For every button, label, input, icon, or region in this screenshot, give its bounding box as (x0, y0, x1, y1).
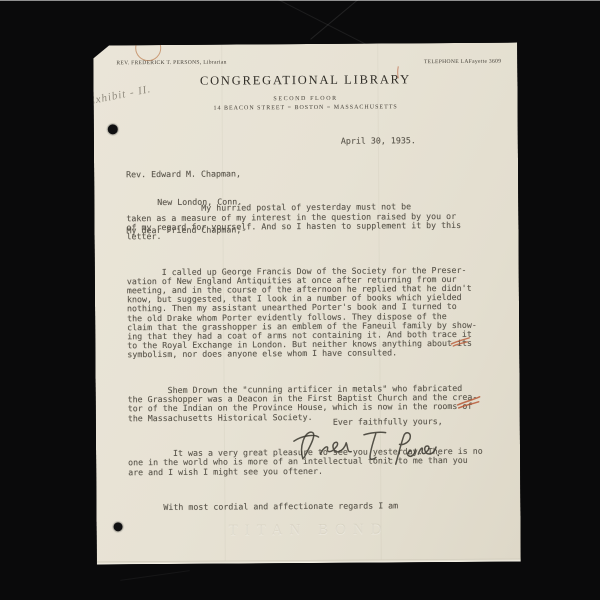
paper-bottom-edge (97, 559, 521, 565)
red-pencil-mark (449, 336, 471, 348)
paragraph: I called up George Francis Dow of the So… (127, 265, 494, 360)
rust-stain (135, 35, 161, 61)
letterhead-library-name: CONGREGATIONAL LIBRARY (93, 72, 517, 90)
closing-line: With most cordial and affectionate regar… (128, 501, 494, 513)
letterhead-address: 14 BEACON STREET = BOSTON = MASSACHUSETT… (94, 104, 518, 113)
photo-top-edge (0, 0, 600, 1)
paragraph: My hurried postal of yesterday must not … (126, 202, 492, 241)
letterhead-telephone: TELEPHONE LAFayette 3609 (424, 59, 501, 66)
signature-handwriting (291, 424, 439, 469)
letter-body: My hurried postal of yesterday must not … (126, 184, 494, 539)
letter-paper: Exhibit - II. REV. FREDERICK T. PERSONS,… (93, 43, 521, 565)
red-pencil-mark (456, 395, 482, 409)
paper-watermark: TITAN BOND (97, 521, 521, 541)
background-scratch (120, 570, 189, 581)
letter-photograph: Exhibit - II. REV. FREDERICK T. PERSONS,… (0, 0, 600, 600)
letterhead-librarian: REV. FREDERICK T. PERSONS, Librarian (116, 60, 226, 67)
punch-hole (108, 124, 118, 134)
red-pencil-mark (393, 65, 403, 79)
letterhead-floor: SECOND FLOOR (94, 95, 518, 104)
recipient-name: Rev. Edward M. Chapman, (126, 170, 246, 180)
letter-date: April 30, 1935. (341, 136, 416, 146)
